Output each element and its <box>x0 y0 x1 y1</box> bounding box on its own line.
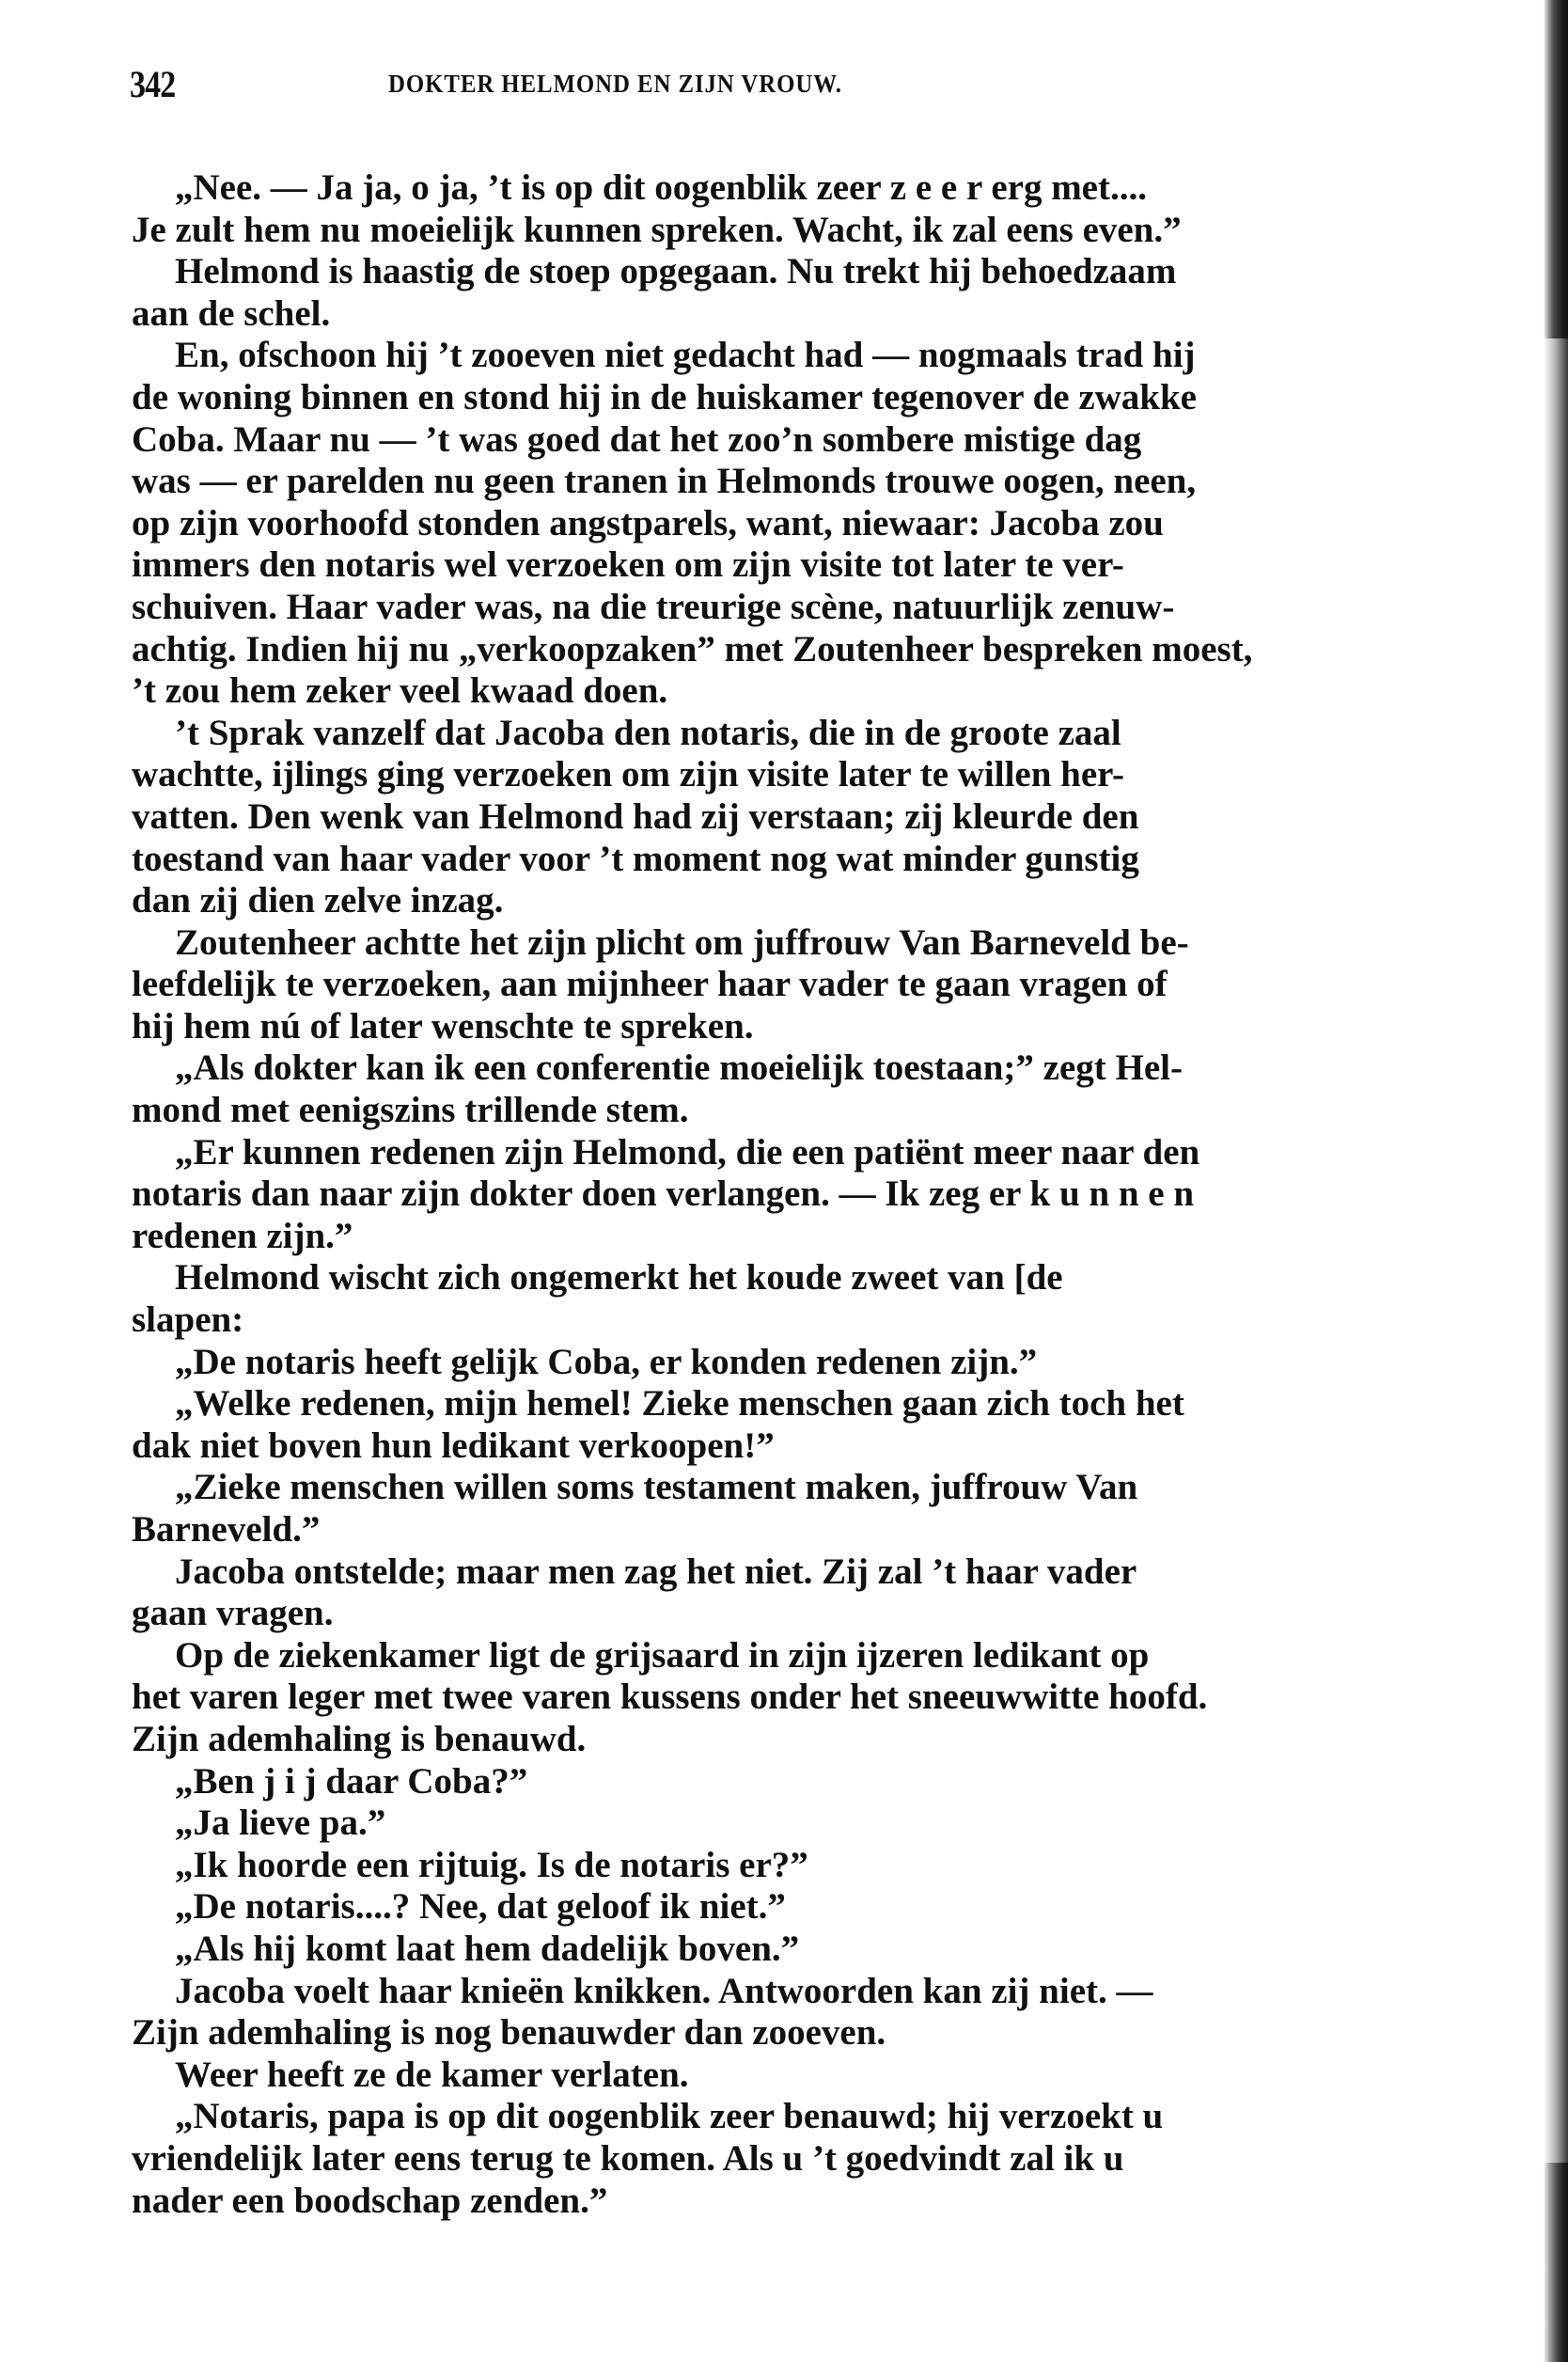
text-line: Helmond is haastig de stoep opgegaan. Nu… <box>132 251 1474 293</box>
text-line: schuiven. Haar vader was, na die treurig… <box>132 587 1474 629</box>
text-line: ’t zou hem zeker veel kwaad doen. <box>132 670 1474 713</box>
text-line: „Ja lieve pa.” <box>132 1803 1474 1845</box>
text-line: „Ben j i j daar Coba?” <box>132 1761 1474 1803</box>
text-line: „Welke redenen, mijn hemel! Zieke mensch… <box>132 1383 1474 1425</box>
text-line: Zoutenheer achtte het zijn plicht om juf… <box>132 922 1474 965</box>
text-line: Zijn ademhaling is nog benauwder dan zoo… <box>132 2012 1474 2055</box>
text-line: Op de ziekenkamer ligt de grijsaard in z… <box>132 1635 1474 1677</box>
page-edge-shadow <box>1544 0 1568 2362</box>
body-text: „Nee. — Ja ja, o ja, ’t is op dit oogenb… <box>132 167 1474 2222</box>
text-line: „Ik hoorde een rijtuig. Is de notaris er… <box>132 1845 1474 1887</box>
text-line: Je zult hem nu moeielijk kunnen spreken.… <box>132 210 1474 252</box>
text-line: Barneveld.” <box>132 1509 1474 1551</box>
text-line: „Nee. — Ja ja, o ja, ’t is op dit oogenb… <box>132 167 1474 210</box>
text-line: vatten. Den wenk van Helmond had zij ver… <box>132 796 1474 839</box>
text-line: „Als dokter kan ik een conferentie moeie… <box>132 1047 1474 1090</box>
text-line: „Zieke menschen willen soms testament ma… <box>132 1467 1474 1509</box>
text-line: „De notaris....? Nee, dat geloof ik niet… <box>132 1886 1474 1929</box>
page-number: 342 <box>130 62 175 106</box>
running-head: 342 DOKTER HELMOND EN ZIJN VROUW. <box>130 62 1474 109</box>
text-line: „Er kunnen redenen zijn Helmond, die een… <box>132 1132 1474 1174</box>
running-title: DOKTER HELMOND EN ZIJN VROUW. <box>388 70 842 99</box>
text-line: Zijn ademhaling is benauwd. <box>132 1719 1474 1761</box>
text-line: Jacoba ontstelde; maar men zag het niet.… <box>132 1551 1474 1594</box>
text-line: hij hem nú of later wenschte te spreken. <box>132 1006 1474 1048</box>
text-line: vriendelijk later eens terug te komen. A… <box>132 2138 1474 2181</box>
text-line: „De notaris heeft gelijk Coba, er konden… <box>132 1342 1474 1384</box>
text-line: nader een boodschap zenden.” <box>132 2181 1474 2223</box>
text-line: „Als hij komt laat hem dadelijk boven.” <box>132 1929 1474 1971</box>
page-edge-shadow-bottom <box>1544 2163 1568 2362</box>
text-line: immers den notaris wel verzoeken om zijn… <box>132 544 1474 587</box>
text-line: achtig. Indien hij nu „verkoopzaken” met… <box>132 629 1474 671</box>
text-line: notaris dan naar zijn dokter doen verlan… <box>132 1173 1474 1216</box>
text-line: leefdelijk te verzoeken, aan mijnheer ha… <box>132 964 1474 1006</box>
text-line: En, ofschoon hij ’t zooeven niet gedacht… <box>132 335 1474 377</box>
text-line: Coba. Maar nu — ’t was goed dat het zoo’… <box>132 419 1474 462</box>
text-line: slapen: <box>132 1299 1474 1342</box>
text-line: redenen zijn.” <box>132 1216 1474 1258</box>
text-line: mond met eenigszins trillende stem. <box>132 1090 1474 1132</box>
page-edge-shadow-top <box>1544 0 1568 339</box>
text-line: Weer heeft ze de kamer verlaten. <box>132 2055 1474 2097</box>
text-line: was — er parelden nu geen tranen in Helm… <box>132 461 1474 503</box>
text-line: op zijn voorhoofd stonden angstparels, w… <box>132 503 1474 545</box>
text-line: Helmond wischt zich ongemerkt het koude … <box>132 1257 1474 1299</box>
text-line: aan de schel. <box>132 293 1474 336</box>
text-line: de woning binnen en stond hij in de huis… <box>132 377 1474 419</box>
book-page: 342 DOKTER HELMOND EN ZIJN VROUW. „Nee. … <box>0 0 1568 2362</box>
text-line: „Notaris, papa is op dit oogenblik zeer … <box>132 2096 1474 2138</box>
text-line: ’t Sprak vanzelf dat Jacoba den notaris,… <box>132 713 1474 755</box>
text-line: wachtte, ijlings ging verzoeken om zijn … <box>132 754 1474 796</box>
text-line: gaan vragen. <box>132 1593 1474 1635</box>
text-line: dan zij dien zelve inzag. <box>132 880 1474 922</box>
text-line: het varen leger met twee varen kussens o… <box>132 1677 1474 1719</box>
text-line: toestand van haar vader voor ’t moment n… <box>132 839 1474 881</box>
text-line: dak niet boven hun ledikant verkoopen!” <box>132 1425 1474 1468</box>
text-line: Jacoba voelt haar knieën knikken. Antwoo… <box>132 1971 1474 2013</box>
